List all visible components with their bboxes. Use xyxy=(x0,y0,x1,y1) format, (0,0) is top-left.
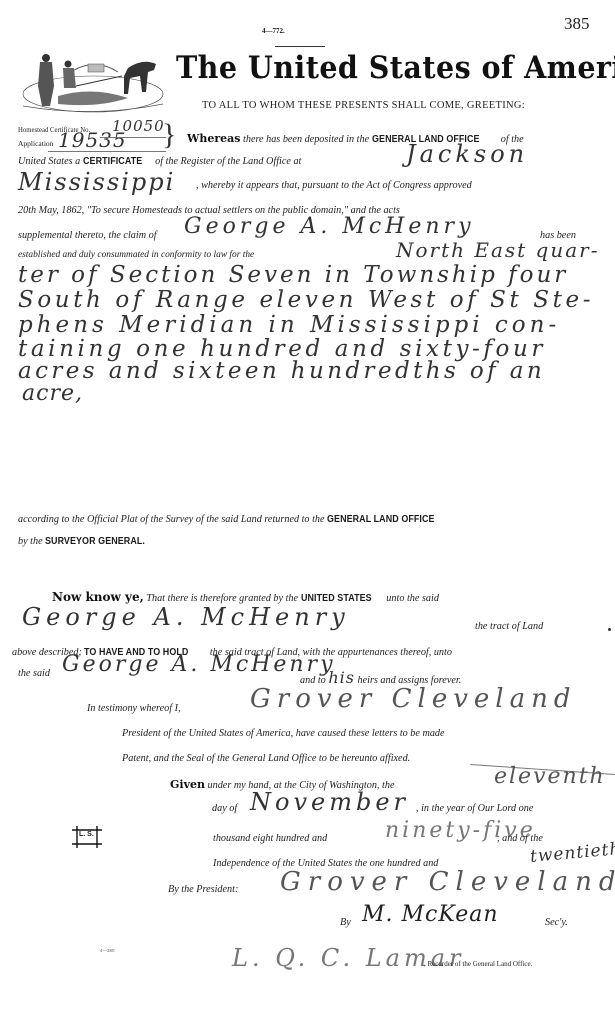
survey-line-2: by the SURVEYOR GENERAL. xyxy=(18,535,163,547)
text: unto the said xyxy=(386,593,439,604)
whereas-word: Whereas xyxy=(187,132,240,145)
president-signature: Grover Cleveland xyxy=(280,867,615,897)
text: according to the Official Plat of the Su… xyxy=(18,514,325,525)
survey-line-1: according to the Official Plat of the Su… xyxy=(18,513,454,525)
land-description-line-6: acres and sixteen hundredths of an xyxy=(18,358,545,384)
greeting: TO ALL TO WHOM THESE PRESENTS SHALL COME… xyxy=(202,100,525,111)
land-description-line-2: ter of Section Seven in Township four xyxy=(18,262,568,288)
land-description-line-1: North East quar- xyxy=(396,238,599,262)
form-number: 4—772. xyxy=(262,27,285,35)
footer-form-code: 4—380 xyxy=(100,948,115,953)
general-land-office-caps: GENERAL LAND OFFICE xyxy=(327,513,435,525)
text: there has been deposited in the xyxy=(243,134,369,145)
land-office-city: Jackson xyxy=(406,140,528,168)
testimony-line-6a: thousand eight hundred and xyxy=(213,833,327,844)
testimony-line-2: President of the United States of Americ… xyxy=(122,728,445,739)
text: of the Register of the Land Office at xyxy=(155,156,301,167)
application-number: 19535 xyxy=(58,128,127,152)
testimony-line-6b: , and of the xyxy=(497,833,543,844)
secretary-title: Sec'y. xyxy=(545,917,568,928)
secretary-signature: M. McKean xyxy=(362,902,499,927)
page-number: 385 xyxy=(564,14,590,34)
stray-mark xyxy=(608,628,611,631)
now-know-ye: Now know ye, xyxy=(52,590,144,604)
application-label: Application xyxy=(18,139,53,148)
text: supplemental thereto, the claim of xyxy=(18,230,157,241)
whereas-line-5: supplemental thereto, the claim of xyxy=(18,230,157,241)
testimony-line-5a: day of xyxy=(212,803,237,814)
surveyor-general-caps: SURVEYOR GENERAL. xyxy=(45,535,145,547)
land-description-line-4: phens Meridian in Mississippi con- xyxy=(18,312,560,338)
seal-label: L. S. xyxy=(79,831,94,838)
grant-line-1: Now know ye, That there is therefore gra… xyxy=(52,590,439,604)
cert-number-underline xyxy=(100,137,166,138)
farm-vignette-illustration xyxy=(18,46,168,118)
testimony-line-5b: , in the year of Our Lord one xyxy=(416,803,533,814)
seal-placeholder: L. S. xyxy=(72,826,102,848)
brace: } xyxy=(162,118,176,152)
by-president-label: By the President: xyxy=(168,884,238,895)
text: United States a xyxy=(18,156,80,167)
recorder-title: , Recorder of the General Land Office. xyxy=(424,960,532,968)
land-description-line-7: acre, xyxy=(22,381,83,406)
application-number-underline xyxy=(48,151,166,152)
land-office-state: Mississippi xyxy=(18,168,175,196)
given-word: Given xyxy=(170,778,205,791)
text: the said xyxy=(18,668,50,679)
grantee-name: George A. McHenry xyxy=(22,603,350,631)
certificate-caps: CERTIFICATE xyxy=(83,155,142,167)
whereas-line-2: United States a CERTIFICATE of the Regis… xyxy=(18,155,301,167)
day-value: eleventh xyxy=(494,764,606,789)
by-label: By xyxy=(340,917,351,928)
whereas-line-3: , whereby it appears that, pursuant to t… xyxy=(196,180,472,191)
grant-line-4: the said xyxy=(18,668,50,679)
testimony-line-1: In testimony whereof I, xyxy=(87,703,181,714)
grantee-name-2: George A. McHenry xyxy=(62,652,336,677)
document-title: The United States of America, xyxy=(176,50,615,86)
testimony-line-3: Patent, and the Seal of the General Land… xyxy=(122,753,410,764)
header-rule xyxy=(275,46,325,47)
grant-line-2-end: the tract of Land xyxy=(475,621,543,632)
month-value: November xyxy=(250,788,409,816)
text: by the xyxy=(18,536,43,547)
president-name: Grover Cleveland xyxy=(250,684,577,714)
land-description-line-3: South of Range eleven West of St Ste- xyxy=(18,287,594,313)
claimant-name: George A. McHenry xyxy=(184,214,475,239)
whereas-line-6: established and duly consummated in conf… xyxy=(18,250,254,260)
